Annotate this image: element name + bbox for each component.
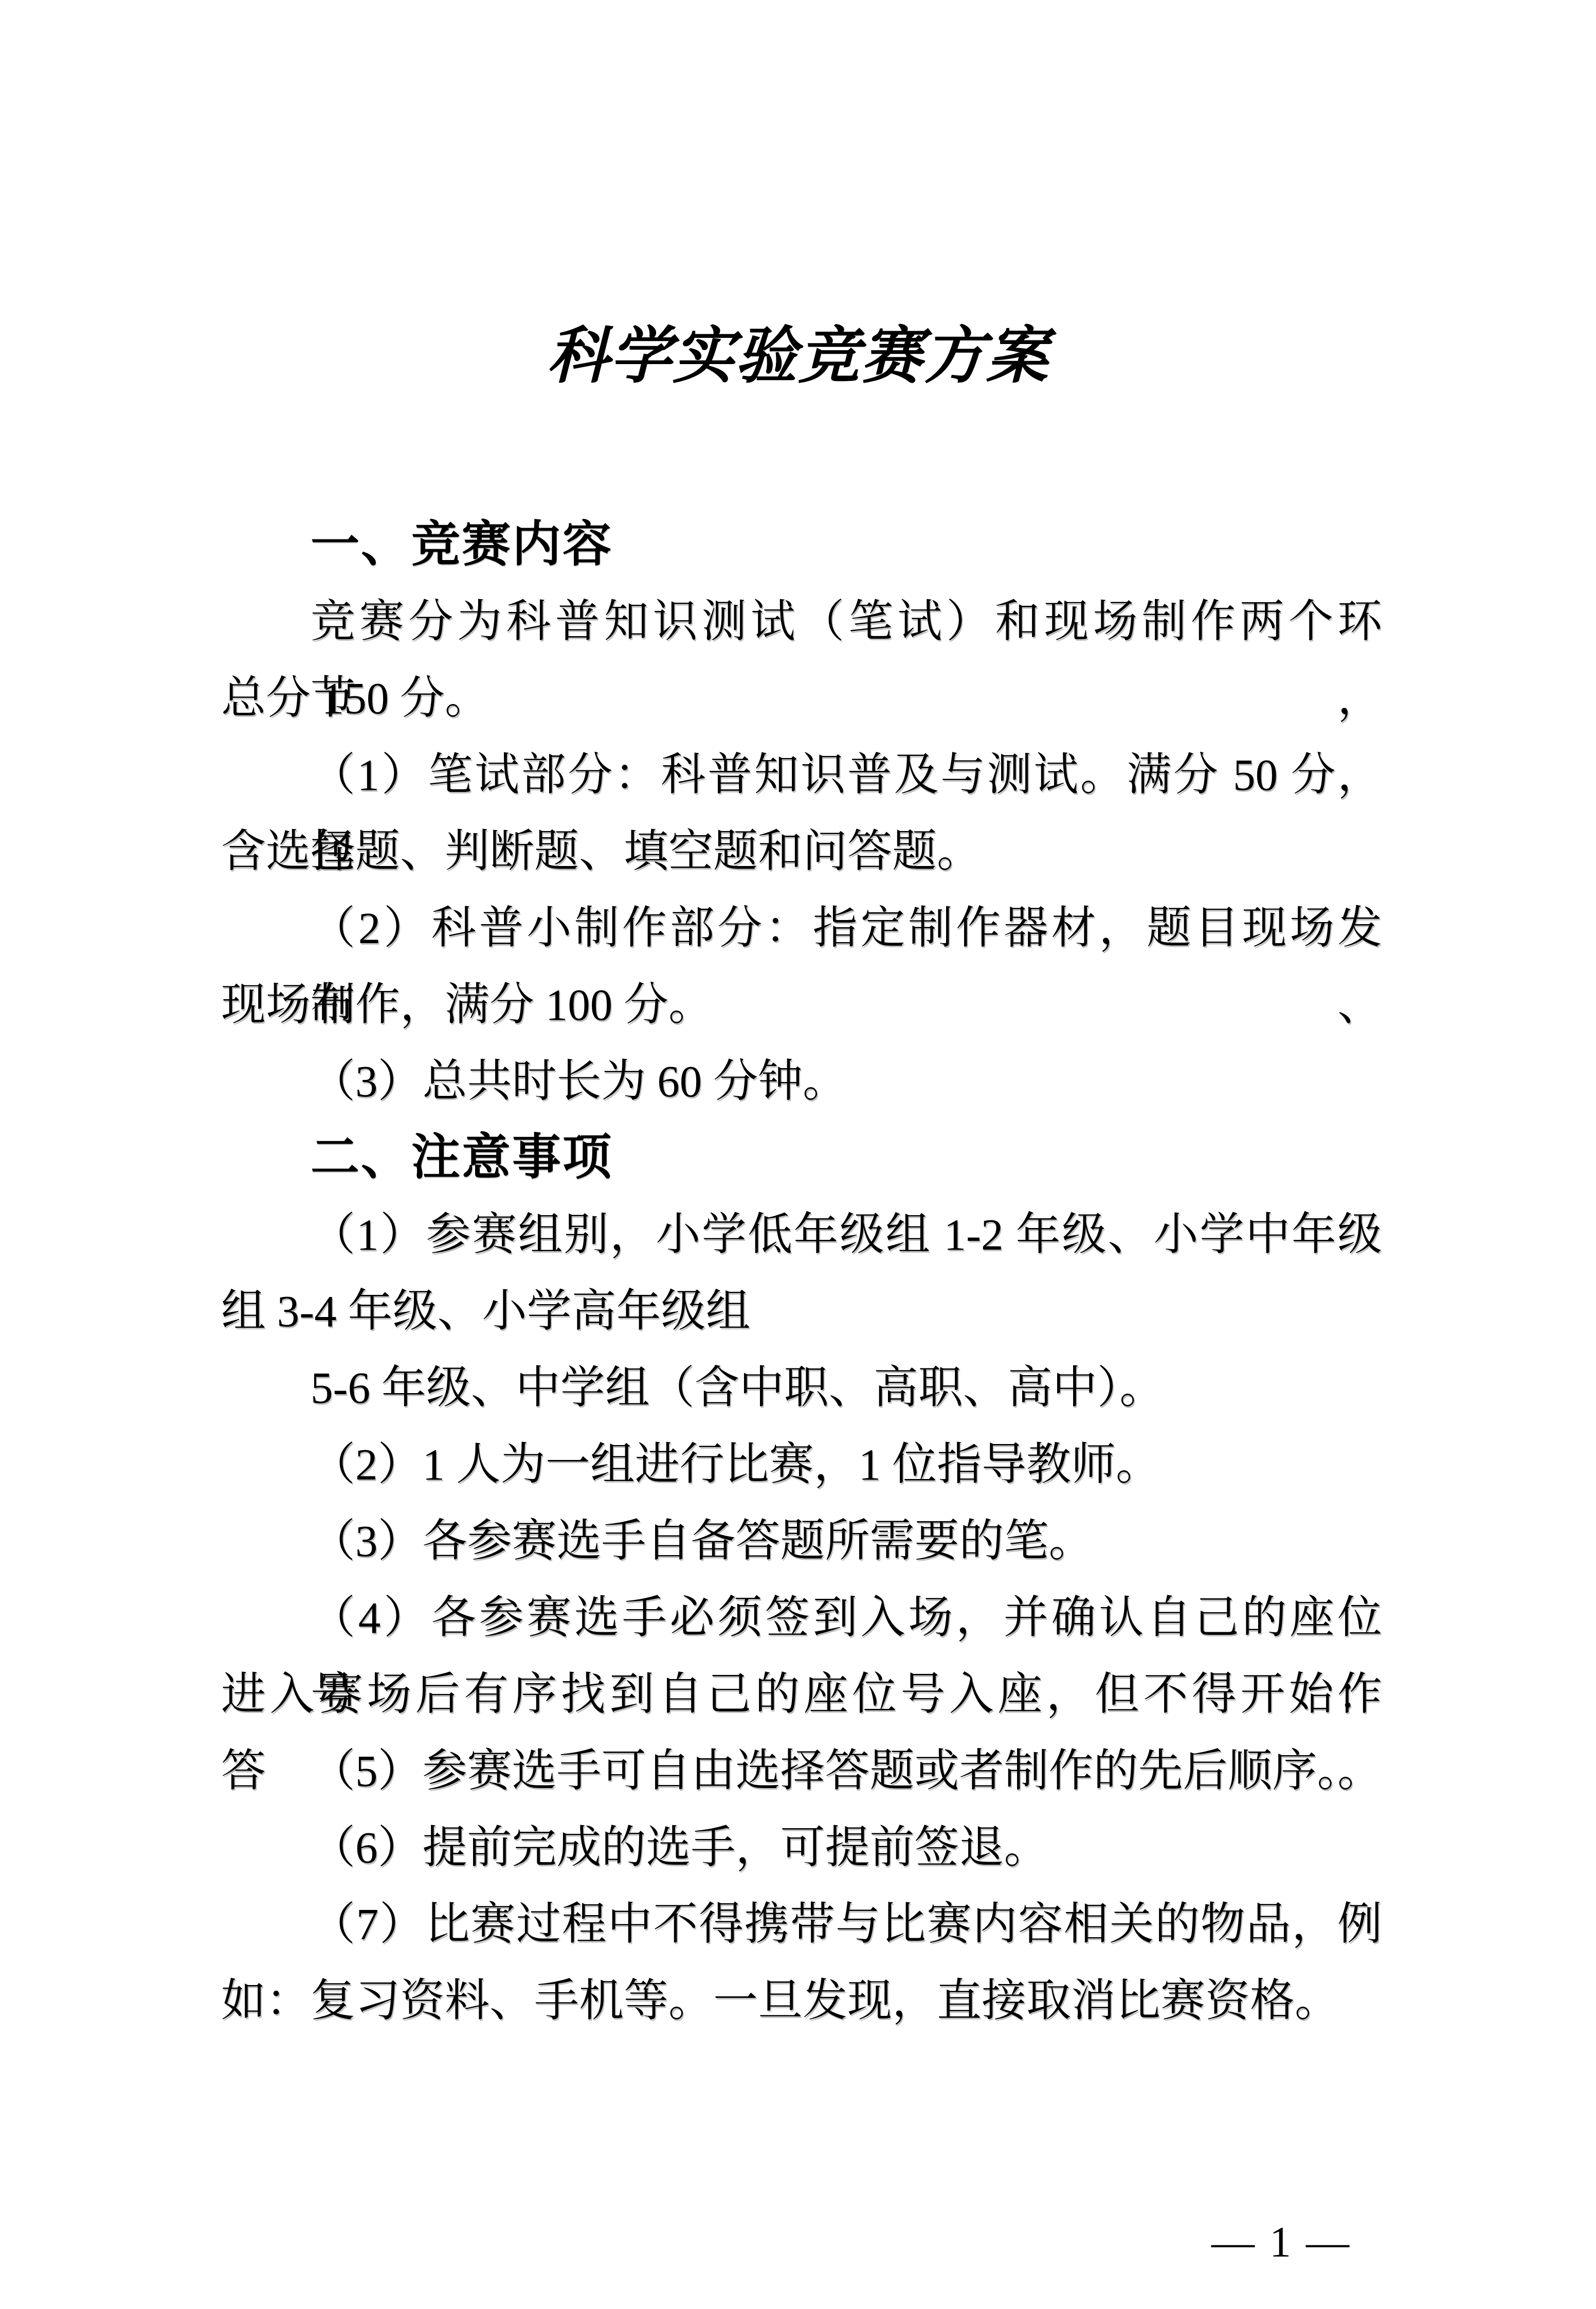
text-line: （7）比赛过程中不得携带与比赛内容相关的物品，例 <box>221 1886 1382 1962</box>
text-line: （3）总共时长为 60 分钟。 <box>221 1043 1382 1120</box>
text-line: 竞赛分为科普知识测试（笔试）和现场制作两个环节， <box>221 583 1382 660</box>
text-line: （6）提前完成的选手，可提前签退。 <box>221 1809 1382 1886</box>
document-title: 科学实验竞赛方案 <box>0 306 1596 395</box>
text-line: 进入赛场后有序找到自己的座位号入座，但不得开始作答。 <box>221 1656 1382 1733</box>
text-line: （1）笔试部分：科普知识普及与测试。满分 50 分，包 <box>221 736 1382 813</box>
text-line: 组 3-4 年级、小学高年级组 <box>221 1273 1382 1349</box>
text-line: （2）1 人为一组进行比赛，1 位指导教师。 <box>221 1426 1382 1503</box>
text-line: （3）各参赛选手自备答题所需要的笔。 <box>221 1503 1382 1579</box>
section-heading: 一、竞赛内容 <box>221 507 1382 583</box>
page-number: — 1 — <box>1211 2217 1351 2267</box>
document-page: 科学实验竞赛方案 一、竞赛内容 竞赛分为科普知识测试（笔试）和现场制作两个环节，… <box>0 0 1596 2309</box>
text-line: 5-6 年级、中学组（含中职、高职、高中）。 <box>221 1349 1382 1426</box>
text-line: （2）科普小制作部分：指定制作器材，题目现场发布、 <box>221 890 1382 966</box>
text-line: （1）参赛组别，小学低年级组 1-2 年级、小学中年级 <box>221 1196 1382 1273</box>
text-line: 如：复习资料、手机等。一旦发现，直接取消比赛资格。 <box>221 1962 1382 2039</box>
section-heading: 二、注意事项 <box>221 1120 1382 1196</box>
text-line: （4）各参赛选手必须签到入场，并确认自己的座位号： <box>221 1579 1382 1656</box>
text-line: （5）参赛选手可自由选择答题或者制作的先后顺序。 <box>221 1733 1382 1809</box>
document-body: 一、竞赛内容 竞赛分为科普知识测试（笔试）和现场制作两个环节， 总分 150 分… <box>221 507 1382 2039</box>
text-line: 含选择题、判断题、填空题和问答题。 <box>221 813 1382 890</box>
